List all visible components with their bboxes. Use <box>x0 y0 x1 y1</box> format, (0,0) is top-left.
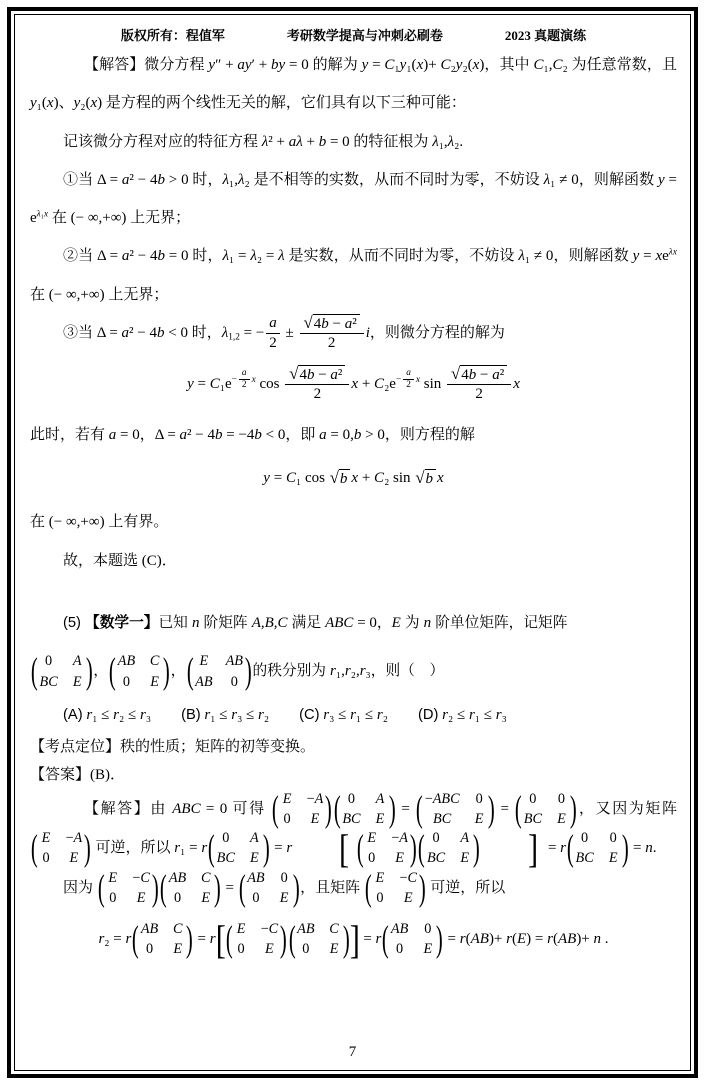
math-run: C <box>374 376 384 392</box>
matrix-cells: E−C0E <box>371 869 419 908</box>
matrix-right-paren: ) <box>410 831 417 867</box>
math-run: E <box>475 811 484 827</box>
math-run: AB <box>169 870 186 886</box>
math-run: a <box>242 368 247 378</box>
math-run: C <box>407 870 417 886</box>
math-run: B <box>265 615 274 631</box>
math-run: E <box>392 615 401 631</box>
math-run: λx <box>669 248 677 258</box>
math-run: 0 <box>476 791 483 807</box>
text: 【解答】微分方程 <box>84 57 208 73</box>
math-run: E <box>70 850 79 866</box>
matrix-cell: 0 <box>278 869 291 888</box>
math-run: = <box>665 172 677 188</box>
math-run: ABC <box>172 801 200 817</box>
paragraph: 【答案】(B)． <box>30 762 677 790</box>
text: 可逆，所以 <box>426 880 505 896</box>
math-run: = 0 <box>201 801 228 817</box>
fraction: √4b − a²2 <box>285 365 349 404</box>
square-root: √b <box>415 469 436 488</box>
matrix-cell: E <box>365 829 378 848</box>
matrix-right-paren: ) <box>86 654 93 690</box>
question-text: 已知 <box>158 615 191 631</box>
math-run: 2 <box>475 386 483 402</box>
question-label: 【数学一】 <box>85 615 158 631</box>
math-run: 0 <box>123 674 130 690</box>
radicand: 4b − a² <box>298 365 345 384</box>
matrix-cell: E <box>374 810 387 829</box>
matrix-right-paren: ) <box>263 831 270 867</box>
math-run: a <box>122 325 130 341</box>
page-number: 7 <box>349 1044 357 1060</box>
matrix-cell: E <box>106 869 119 888</box>
math-run: E <box>201 890 210 906</box>
matrix-cell: 0 <box>247 889 264 908</box>
math-run: 0 <box>146 941 153 957</box>
numerator: a <box>403 368 414 381</box>
matrix-cell: E <box>40 829 53 848</box>
math-run: E <box>376 870 385 886</box>
math-run: BC <box>427 850 445 866</box>
math-run: ′ + <box>252 57 271 73</box>
math-run: r <box>376 931 382 947</box>
math-run: E <box>250 850 259 866</box>
math: ABC = 0 <box>172 801 227 817</box>
math-run: ² − 4 <box>129 325 157 341</box>
matrix-left-paren: ( <box>515 792 522 828</box>
math: λ₁,λ₂. <box>432 134 463 150</box>
math-run: 0 <box>376 890 383 906</box>
matrix-cell: −A <box>307 790 324 809</box>
math: Δ = a² − 4b = −4b < 0 <box>155 427 286 443</box>
denominator: 2 <box>239 380 250 392</box>
math-run: ₂, <box>351 663 360 679</box>
math-run: E <box>137 890 146 906</box>
paragraph: y = C₁ cos √bx + C₂ sin √bx <box>30 466 677 492</box>
matrix-cell: −ABC <box>425 790 460 809</box>
math: = n. <box>629 840 656 856</box>
text: 在 <box>30 287 49 303</box>
math-run: C <box>441 57 451 73</box>
matrix-right-paren: ) <box>436 922 443 958</box>
math-run: 0 <box>283 811 290 827</box>
math-run: ₁ ≤ <box>210 707 231 723</box>
math-run: E <box>423 941 432 957</box>
matrix-cell: 0 <box>391 940 408 959</box>
matrix-cell: E <box>71 673 84 692</box>
math-roman: e <box>389 376 396 392</box>
radical-icon: √ <box>289 365 298 383</box>
paragraph: 【解答】由 ABC = 0 可得 (E−A0E)(0ABCE) = (−ABC0… <box>30 790 677 869</box>
math: a = 0 <box>109 427 140 443</box>
math-roman: e <box>225 376 232 392</box>
matrix-cell: E <box>248 849 261 868</box>
radical-icon: √ <box>415 469 424 487</box>
matrix-cell: E <box>328 940 341 959</box>
math-run: E <box>173 941 182 957</box>
math-run: + <box>358 470 374 486</box>
math-run: = <box>629 840 645 856</box>
text: 是不相等的实数，从而不同时为零，不妨设 <box>250 172 544 188</box>
math-run: 0 <box>581 830 588 846</box>
math-run: ₂ = <box>104 931 125 947</box>
math-roman: cos <box>301 470 329 486</box>
math: r₁,r₂,r₃ <box>330 663 371 679</box>
math-run: )+ <box>489 931 506 947</box>
math-run: ² <box>352 316 357 332</box>
matrix-right-paren: ) <box>342 922 349 958</box>
matrix-left-paren: ( <box>382 922 389 958</box>
math-run: E <box>404 890 413 906</box>
matrix-cells: 00BCE <box>574 829 622 868</box>
math-run: = <box>368 57 384 73</box>
math-run: E <box>395 850 404 866</box>
matrix-cell: A <box>71 652 84 671</box>
math-run: = 0, <box>327 427 354 443</box>
text: 的特征根为 <box>350 134 433 150</box>
matrix-cell: 0 <box>40 849 53 868</box>
radical-icon: √ <box>304 314 313 332</box>
matrix-cell: E <box>171 940 184 959</box>
math-run: BC <box>576 850 594 866</box>
question-text: 阶单位矩阵，记矩阵 <box>431 615 567 631</box>
math-run: (− ∞,+∞) <box>49 514 105 530</box>
matrix-right-paren: ) <box>419 871 426 907</box>
text: 可得 <box>227 801 271 817</box>
math-run: 2 <box>269 335 277 351</box>
math-run: n <box>594 931 602 947</box>
text: 上有界。 <box>105 514 169 530</box>
math-run: ₁ ≠ 0 <box>525 248 554 264</box>
math-run: a <box>269 315 277 331</box>
matrix-cell: E <box>148 673 161 692</box>
matrix-left-paren: ( <box>98 871 105 907</box>
math-run: C <box>150 653 160 669</box>
paragraph: 【解答】微分方程 y″ + ay′ + by = 0 的解为 y = C₁y₁(… <box>30 46 677 123</box>
math: λ² + aλ + b = 0 <box>262 134 350 150</box>
math-run: 0 <box>174 890 181 906</box>
math-run: ₁, <box>439 134 448 150</box>
math-run: ₁ ≠ 0 <box>550 172 579 188</box>
math-run: E <box>311 811 320 827</box>
math: = <box>396 801 415 817</box>
math: λ₁,λ₂ <box>223 172 250 188</box>
math: y₁(x) <box>30 95 59 111</box>
math-run: E <box>376 811 385 827</box>
math-run: b <box>157 325 165 341</box>
header-copyright: 版权所有：程值军 <box>121 25 225 44</box>
fraction: √4b − a²2 <box>300 314 364 353</box>
fraction: √4b − a²2 <box>447 365 511 404</box>
text: 记该微分方程对应的特征方程 <box>63 134 262 150</box>
matrix: (−ABC0BCE) <box>416 790 494 829</box>
math: r₁ ≤ r₃ ≤ r₂ <box>201 707 269 723</box>
matrix-cell: AB <box>247 869 264 888</box>
math-run: E <box>42 830 51 846</box>
text: 是实数，从而不同时为零，不妨设 <box>285 248 519 264</box>
math-run: AB <box>471 931 489 947</box>
math-run: ₃ ≤ <box>329 707 350 723</box>
matrix-cells: E−C0E <box>104 869 152 908</box>
math: = r <box>544 840 566 856</box>
square-root: √4b − a² <box>289 365 345 384</box>
paragraph: 故，本题选 (C)． <box>30 542 677 580</box>
big-bracket: [ <box>215 921 225 959</box>
page-outer-border: 版权所有：程值军 考研数学提高与冲刺必刷卷 2023 真题演练 【解答】微分方程… <box>7 7 698 1078</box>
text: ，又因为矩阵 <box>577 801 677 817</box>
square-root: √4b − a² <box>451 365 507 384</box>
math-run: ² <box>500 367 505 383</box>
math-roman: sin <box>420 376 445 392</box>
matrix-left-paren: ( <box>239 871 246 907</box>
superscript: λ₁x <box>37 209 48 219</box>
math-run: ₁( <box>406 57 416 73</box>
text: 此时，若有 <box>30 427 109 443</box>
matrix-cells: ABC0E <box>139 920 186 959</box>
text <box>269 707 299 723</box>
text: 可逆，所以 <box>92 840 175 856</box>
matrix-cell: E <box>473 810 486 829</box>
text: ， <box>93 663 108 679</box>
math-run: ₂ ≤ <box>119 707 140 723</box>
math-run: 0 <box>45 653 52 669</box>
matrix-cell: BC <box>425 810 460 829</box>
matrix-cell: E <box>421 940 434 959</box>
matrix-cells: ABC0E <box>167 869 214 908</box>
math-run: − <box>396 375 401 385</box>
matrix-left-paren: ( <box>109 654 116 690</box>
matrix-cells: 0ABCE <box>425 829 473 868</box>
matrix-cell: 0 <box>118 673 135 692</box>
big-bracket: [ <box>299 830 350 868</box>
math-run: E <box>367 830 376 846</box>
text: ③当 <box>63 325 97 341</box>
numerator: √4b − a² <box>285 365 349 385</box>
question-text: 为 <box>401 615 424 631</box>
matrix-cell: E <box>235 920 248 939</box>
matrix-cell: 0 <box>473 790 486 809</box>
math-run: ² + <box>268 134 288 150</box>
math-run: 0 <box>238 941 245 957</box>
matrix-left-paren: ( <box>365 871 372 907</box>
matrix-cell: 0 <box>555 790 568 809</box>
math-run: = <box>495 801 514 817</box>
matrix: (ABC0E) <box>289 920 349 959</box>
math-run: AB <box>247 870 264 886</box>
matrix-right-paren: ) <box>186 922 193 958</box>
question-text: (5) <box>63 615 85 631</box>
subscript: 1,2 <box>228 332 240 342</box>
text: ，即 <box>285 427 319 443</box>
text: 【解答】由 <box>84 801 172 817</box>
matrix-cells: ABC0E <box>295 920 342 959</box>
math: y = C₁y₁(x)+ C₂y₂(x) <box>362 57 485 73</box>
question-text: (D) <box>418 707 438 723</box>
math-run: ABC <box>433 791 460 807</box>
matrix-cells: EABAB0 <box>193 652 245 691</box>
math-run: ₁ = <box>180 840 201 856</box>
math: = r <box>194 931 216 947</box>
matrix-cell: 0 <box>427 829 445 848</box>
math-run: − <box>476 367 492 383</box>
text: ，其中 <box>484 57 533 73</box>
matrix-cell: 0 <box>607 829 620 848</box>
matrix-cell: E <box>607 849 620 868</box>
matrix-right-paren: ) <box>245 654 252 690</box>
matrix-cell: 0 <box>524 790 542 809</box>
paragraph: 此时，若有 a = 0，Δ = a² − 4b = −4b < 0，即 a = … <box>30 416 677 454</box>
matrix-left-paren: ( <box>334 792 341 828</box>
fraction: a2 <box>403 368 414 392</box>
matrix-cells: AB00E <box>389 920 436 959</box>
matrix-cell: E <box>391 849 408 868</box>
matrix-right-paren: ) <box>388 792 395 828</box>
math-run: x <box>513 376 520 392</box>
text <box>151 707 181 723</box>
matrix: (E−A0E) <box>272 790 332 829</box>
math-run: 0 <box>529 791 536 807</box>
math-run: b <box>254 427 262 443</box>
math-run: r <box>210 931 216 947</box>
math-run: Δ = <box>97 325 122 341</box>
matrix: (ABC0E) <box>132 920 192 959</box>
math-run: A <box>73 653 82 669</box>
matrix-left-paren: ( <box>31 831 38 867</box>
math-run: b <box>426 471 434 487</box>
math: x + C₂ <box>351 470 389 486</box>
math-run: = 0 <box>165 248 189 264</box>
math-run: ₁, <box>336 663 345 679</box>
matrix-cell: 0 <box>342 790 360 809</box>
math-run: ₁ ≤ <box>356 707 377 723</box>
matrix-cell: 0 <box>169 889 186 908</box>
superscript: λx <box>669 248 677 258</box>
math-run: A <box>315 791 324 807</box>
matrix-cell: E <box>555 810 568 829</box>
math: − <box>232 375 237 385</box>
matrix: (E−C0E) <box>98 869 159 908</box>
math-run: 2 <box>242 380 247 390</box>
matrix: (0ABCE) <box>418 829 479 868</box>
matrix-cell: AB <box>169 869 186 888</box>
matrix-cell: E <box>458 849 471 868</box>
question-text: ，则（ ） <box>371 663 444 679</box>
math-run: y <box>658 172 665 188</box>
matrix-cell: AB <box>141 920 158 939</box>
matrix: (ABC0E) <box>109 652 169 691</box>
denominator: 2 <box>300 334 364 353</box>
math-run: E <box>150 674 159 690</box>
matrix-right-paren: ) <box>622 831 629 867</box>
math: Δ = a² − 4b > 0 <box>97 172 189 188</box>
math: y″ + ay′ + by = 0 <box>208 57 308 73</box>
text: 【考点定位】秩的性质；矩阵的初等变换。 <box>30 739 315 755</box>
math-run: − <box>314 367 330 383</box>
matrix-cell: 0 <box>106 889 119 908</box>
paragraph: ③当 Δ = a² − 4b < 0 时，λ1,2 = −a2 ± √4b − … <box>30 314 677 353</box>
math-run: ² − 4 <box>129 248 157 264</box>
math: E <box>392 615 401 631</box>
matrix-cell: E <box>278 889 291 908</box>
text: ， <box>140 427 155 443</box>
matrix-left-paren: ( <box>272 792 279 828</box>
math-run: y <box>30 95 37 111</box>
text: ，则解函数 <box>579 172 658 188</box>
matrix: (AB00E) <box>382 920 442 959</box>
matrix-cells: E−C0E <box>233 920 281 959</box>
matrix-cell: 0 <box>421 920 434 939</box>
radicand: b <box>339 469 351 488</box>
math: λ₁ ≠ 0 <box>518 248 553 264</box>
math-run: ₁ ≤ <box>92 707 113 723</box>
math-run: = − <box>240 325 264 341</box>
denominator: 2 <box>285 385 349 404</box>
math: x <box>513 376 520 392</box>
math: C₁,C₂ <box>533 57 567 73</box>
math-run: AB <box>226 653 243 669</box>
math: = − <box>240 325 264 341</box>
math-run: E <box>557 811 566 827</box>
text: 时， <box>189 248 223 264</box>
math-run: )+ <box>423 57 440 73</box>
text: ，则方程的解 <box>385 427 475 443</box>
matrix-right-paren: ) <box>570 792 577 828</box>
math-run: Δ = <box>97 172 122 188</box>
matrix-right-paren: ) <box>214 871 221 907</box>
math-run: = <box>222 880 238 896</box>
math-run: 0 <box>424 921 431 937</box>
math-run: E <box>283 791 292 807</box>
math-run: E <box>609 850 618 866</box>
text: ，且矩阵 <box>300 880 364 896</box>
matrix-left-paren: ( <box>31 654 38 690</box>
matrix-cell: BC <box>427 849 445 868</box>
math-run: . <box>601 931 609 947</box>
math: = <box>222 880 238 896</box>
matrix-left-paren: ( <box>186 654 193 690</box>
text <box>388 707 418 723</box>
math-run: E <box>73 674 82 690</box>
math-run: r <box>560 840 566 856</box>
text: 上无界； <box>105 287 169 303</box>
paragraph: ①当 Δ = a² − 4b > 0 时，λ₁,λ₂ 是不相等的实数，从而不同时… <box>30 161 677 238</box>
math-run: BC <box>40 674 58 690</box>
math-run: ₂( <box>462 57 472 73</box>
math-run: 2 <box>314 386 322 402</box>
math-run: = <box>360 931 376 947</box>
text: 因为 <box>63 880 97 896</box>
math-run: AB <box>558 931 576 947</box>
math-run: ) = <box>526 931 547 947</box>
matrix-cell: 0 <box>226 673 243 692</box>
math-run: (− ∞,+∞) <box>71 210 127 226</box>
math: A,B,C <box>252 615 288 631</box>
matrix-cell: 0 <box>281 810 294 829</box>
matrix-cells: ABC0E <box>116 652 163 691</box>
matrix-cell: AB <box>118 652 135 671</box>
math-run: A <box>376 791 385 807</box>
matrix: (00BCE) <box>515 790 576 829</box>
math-run: 0 <box>610 830 617 846</box>
matrix-cell: E <box>399 889 417 908</box>
matrix-cells: AB00E <box>245 869 292 908</box>
math-run: a <box>330 367 338 383</box>
matrix-cell: E <box>132 889 150 908</box>
math-run: ₁ ≤ <box>475 707 496 723</box>
math-run: )+ <box>576 931 593 947</box>
math-run: AB <box>118 653 135 669</box>
text: ，则微分方程的解为 <box>370 325 505 341</box>
